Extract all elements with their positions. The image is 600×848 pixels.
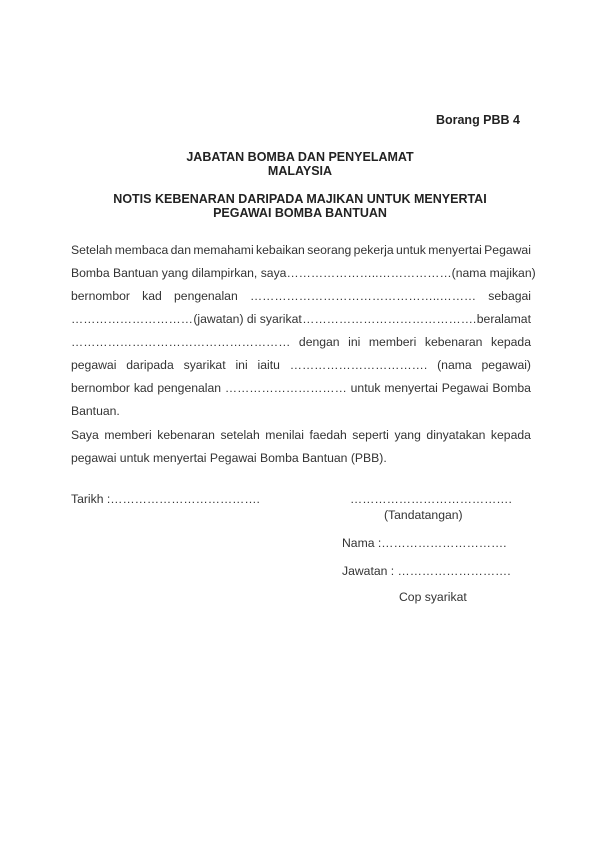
text-segment: menyertai [384,377,438,400]
text-segment: kebenaran [157,424,215,447]
paragraph-line: bernomborkadpengenalan…………………………untukmen… [71,377,531,400]
text-segment: syarikat [184,354,226,377]
text-segment: ini [235,354,247,377]
text-segment: membaca [115,239,169,262]
text-segment: seperti [352,424,389,447]
text-segment: (nama majikan) [452,262,536,285]
agency-name-line1: JABATAN BOMBA DAN PENYELAMAT [0,150,600,164]
text-segment: untuk [351,377,381,400]
paragraph-line: pegawaidaripadasyarikatiniiaitu………………………… [71,354,531,377]
text-segment: …………………..……………… [286,262,451,285]
text-segment: iaitu [258,354,280,377]
text-segment: beralamat [477,308,531,331]
text-segment: ………………………… [71,308,193,331]
paragraph-line: pegawai untuk menyertai Pegawai Bomba Ba… [71,447,531,470]
paragraph-line: bernomborkadpengenalan………………………………………..…… [71,285,531,308]
text-segment: bernombor [71,285,130,308]
text-segment: menilai [265,424,304,447]
text-segment: pekerja [354,239,394,262]
text-segment: kebaikan [256,239,305,262]
text-segment: pengenalan [174,285,238,308]
text-segment: yang [394,424,420,447]
name-field: Nama :…………………………. [342,536,507,550]
text-segment: kepada [491,331,531,354]
text-segment: seorang [307,239,351,262]
text-segment: untuk [396,239,426,262]
text-segment: ……………………………………. [302,308,476,331]
text-segment: sebagai [488,285,531,308]
text-segment: ……………………………. [290,354,427,377]
text-segment: bernombor [71,377,130,400]
text-segment: pegawai) [482,354,531,377]
text-segment: memahami [193,239,253,262]
text-segment: (jawatan) di syarikat [193,308,301,331]
text-segment: kad [134,377,154,400]
signature-caption: (Tandatangan) [384,508,463,522]
text-segment: pengenalan [157,377,221,400]
text-segment: ……………………………………………… [71,331,290,354]
text-segment: memberi [369,331,416,354]
paragraph-line: Bomba Bantuan yang dilampirkan, saya…………… [71,262,531,285]
text-segment: kepada [491,424,531,447]
text-segment: faedah [309,424,346,447]
text-segment: kebenaran [425,331,483,354]
assessment-paragraph: Sayamemberikebenaransetelahmenilaifaedah… [71,424,531,470]
notice-title-line1: NOTIS KEBENARAN DARIPADA MAJIKAN UNTUK M… [0,192,600,206]
paragraph-line: ………………………………………………denganinimemberikebena… [71,331,531,354]
agency-name-line2: MALAYSIA [0,164,600,178]
paragraph-line: Setelahmembacadanmemahamikebaikanseorang… [71,239,531,262]
text-segment: dengan [299,331,340,354]
paragraph-line: …………………………(jawatan) di syarikat………………………… [71,308,531,331]
position-field: Jawatan : ………………………. [342,564,511,578]
text-segment: (nama [437,354,472,377]
company-stamp-label: Cop syarikat [399,590,467,604]
form-code: Borang PBB 4 [436,113,520,127]
text-segment: memberi [104,424,151,447]
text-segment: pegawai untuk menyertai Pegawai Bomba Ba… [71,451,387,465]
notice-title-line2: PEGAWAI BOMBA BANTUAN [0,206,600,220]
text-segment: Bomba [492,377,531,400]
text-segment: Bantuan. [71,404,120,418]
text-segment: dan [171,239,191,262]
text-segment: Pegawai [484,239,531,262]
text-segment: ini [348,331,360,354]
text-segment: dinyatakan [426,424,485,447]
text-segment: Pegawai [442,377,489,400]
text-segment: Setelah [71,239,112,262]
date-field: Tarikh :………………………………. [71,492,260,506]
text-segment: ………………………… [225,377,347,400]
text-segment: Bomba Bantuan yang dilampirkan, saya [71,262,286,285]
signature-line: …………………………………. [350,492,512,506]
paragraph-line: Sayamemberikebenaransetelahmenilaifaedah… [71,424,531,447]
text-segment: kad [142,285,162,308]
text-segment: pegawai [71,354,116,377]
text-segment: daripada [126,354,173,377]
text-segment: setelah [220,424,259,447]
consent-paragraph: Setelahmembacadanmemahamikebaikanseorang… [71,239,531,423]
text-segment: ………………………………………..……… [250,285,476,308]
document-page: { "form_code": "Borang PBB 4", "header":… [0,0,600,848]
text-segment: menyertai [428,239,482,262]
paragraph-line: Bantuan. [71,400,531,423]
text-segment: Saya [71,424,99,447]
